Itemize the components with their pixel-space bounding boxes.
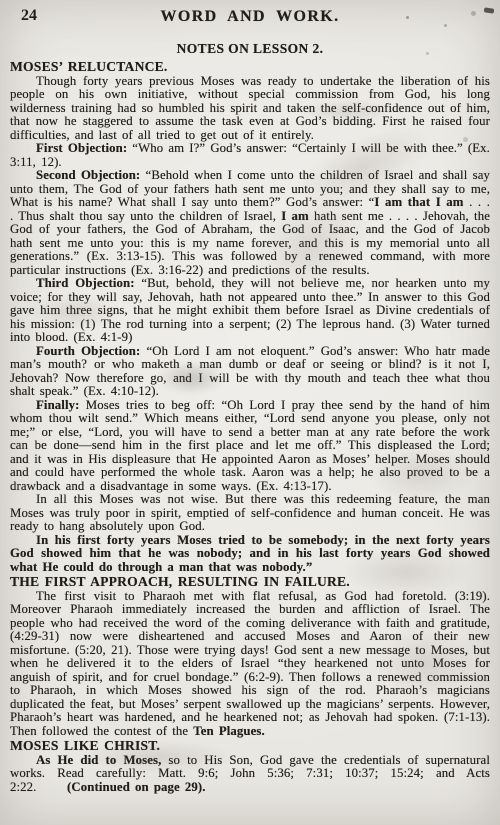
paragraph: In all this Moses was not wise. But ther…: [10, 493, 490, 534]
bold-text-run: Second Objection:: [36, 168, 140, 182]
bold-text-run: Finally:: [36, 398, 79, 412]
bold-text-run: As He did to Moses,: [36, 753, 161, 767]
page-header: 24 WORD AND WORK.: [0, 0, 500, 28]
bold-text-run: In his first forty years Moses tried to …: [10, 533, 490, 574]
lesson-heading: NOTES ON LESSON 2.: [0, 41, 500, 57]
paragraph: Though forty years previous Moses was re…: [10, 75, 490, 143]
bold-text-run: Ten Plagues.: [193, 724, 265, 738]
bold-text-run: (Continued on page 29).: [67, 780, 206, 794]
section-heading: MOSES’ RELUCTANCE.: [10, 59, 490, 75]
paragraph: The first visit to Pharaoh met with flat…: [10, 590, 490, 739]
paragraph: In his first forty years Moses tried to …: [10, 534, 490, 575]
bold-text-run: I am: [281, 209, 309, 223]
scanned-page: 24 WORD AND WORK. NOTES ON LESSON 2. MOS…: [0, 0, 500, 825]
section-heading: MOSES LIKE CHRIST.: [10, 738, 490, 754]
masthead-title: WORD AND WORK.: [0, 8, 500, 26]
paragraph: Fourth Objection: “Oh Lord I am not eloq…: [10, 345, 490, 399]
paragraph: Finally: Moses tries to beg off: “Oh Lor…: [10, 399, 490, 494]
text-run: The first visit to Pharaoh met with flat…: [10, 589, 490, 738]
bold-text-run: I am that I am: [374, 195, 463, 209]
page-number: 24: [21, 7, 37, 25]
text-run: Moses tries to beg off: “Oh Lord I pray …: [10, 398, 490, 493]
bold-text-run: Fourth Objection:: [36, 344, 140, 358]
paragraph: As He did to Moses, so to His Son, God g…: [10, 754, 490, 795]
bold-text-run: Third Objection:: [36, 276, 135, 290]
section-heading: THE FIRST APPROACH, RESULTING IN FAILURE…: [10, 574, 490, 590]
paragraph: Third Objection: “But, behold, they will…: [10, 277, 490, 345]
article-content: MOSES’ RELUCTANCE.Though forty years pre…: [10, 59, 490, 794]
paragraph: First Objection: “Who am I?” God’s answe…: [10, 142, 490, 169]
text-run: Though forty years previous Moses was re…: [10, 74, 490, 142]
bold-text-run: First Objection:: [36, 141, 127, 155]
text-run: In all this Moses was not wise. But ther…: [10, 492, 490, 533]
paragraph: Second Objection: “Behold when I come un…: [10, 169, 490, 277]
